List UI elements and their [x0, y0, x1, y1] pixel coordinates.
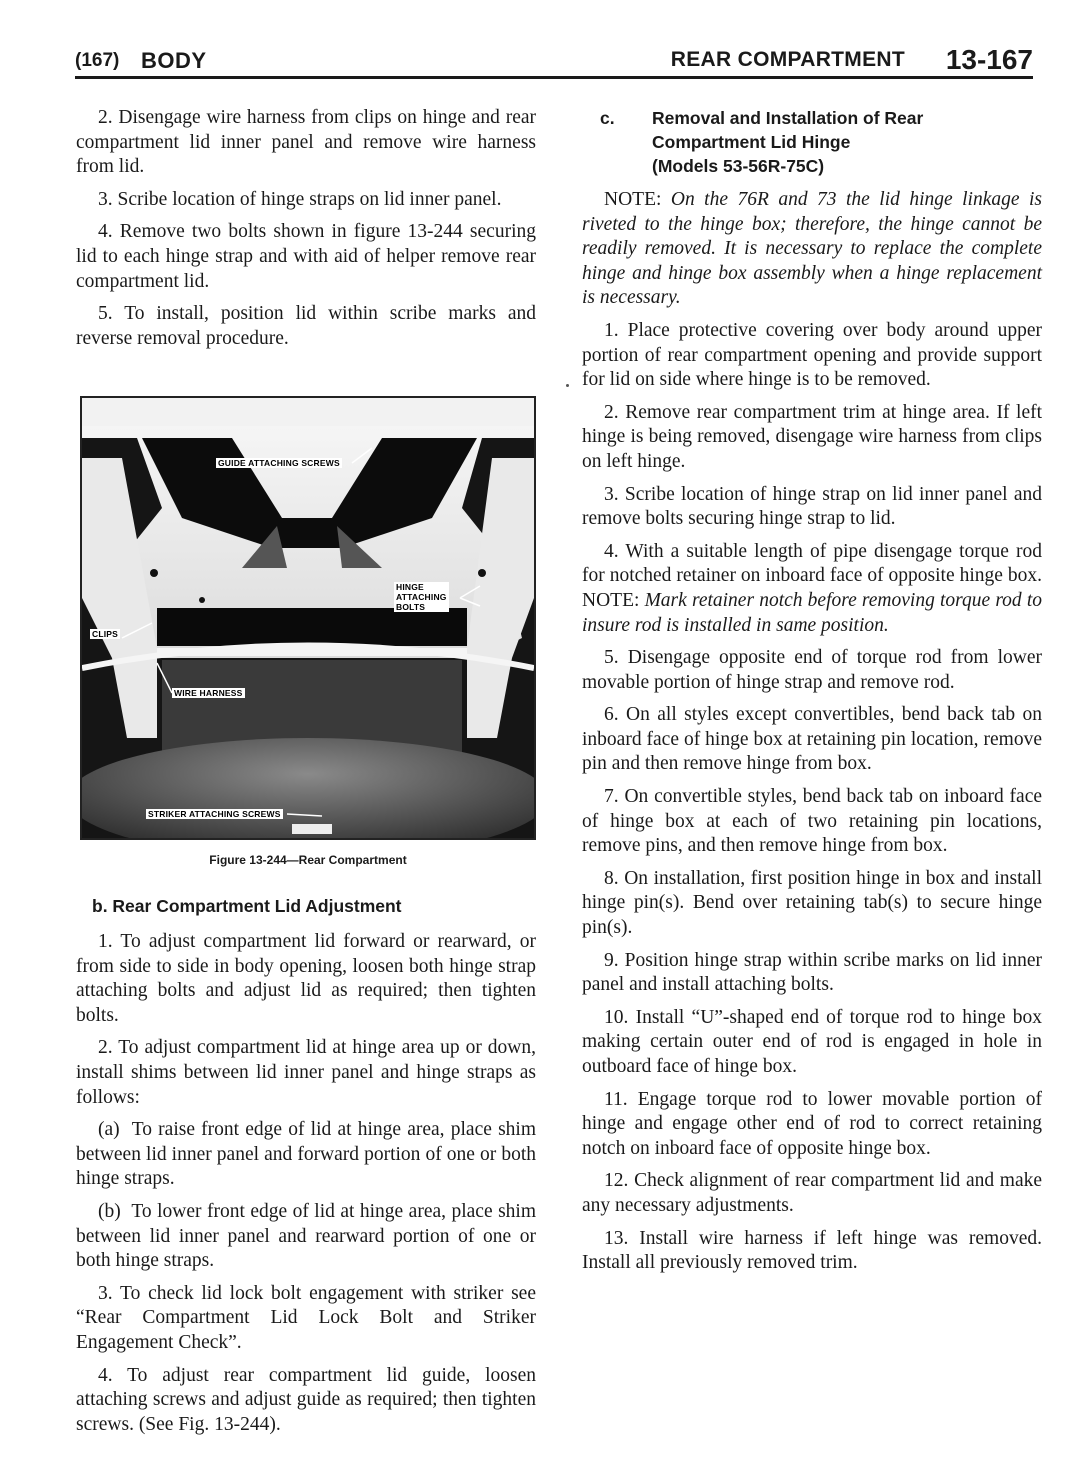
step-number: 8. — [604, 868, 619, 889]
label-clips: CLIPS — [90, 629, 120, 639]
step-paragraph: 3. To check lid lock bolt engagement wit… — [76, 1282, 536, 1356]
step-text: On all styles except convertibles, bend … — [582, 704, 1042, 774]
step-number: (b) — [98, 1201, 121, 1222]
step-paragraph: 1. Place protective covering over body a… — [582, 319, 1042, 393]
note-text: Mark retainer notch before removing torq… — [582, 590, 1042, 636]
step-paragraph: 13. Install wire harness if left hinge w… — [582, 1227, 1042, 1276]
label-wire-harness: WIRE HARNESS — [172, 688, 245, 698]
label-hinge-line1: HINGE — [396, 582, 424, 592]
note-label: NOTE: — [604, 189, 661, 210]
label-hinge-line3: BOLTS — [396, 602, 425, 612]
step-number: 12. — [604, 1170, 628, 1191]
section-c-heading-line2: Compartment Lid Hinge — [652, 132, 850, 152]
left-column-top: 2. Disengage wire harness from clips on … — [76, 106, 536, 359]
step-text: Engage torque rod to lower movable porti… — [582, 1089, 1042, 1159]
section-b-body: 1. To adjust compartment lid forward or … — [76, 930, 536, 1445]
rear-compartment-photo: GUIDE ATTACHING SCREWS HINGEATTACHINGBOL… — [80, 396, 536, 840]
section-c-heading-line1: Removal and Installation of Rear — [652, 108, 923, 128]
step-number: 3. — [604, 484, 619, 505]
step-paragraph: 4. With a suitable length of pipe diseng… — [582, 540, 1042, 638]
step-paragraph: 2. Remove rear compartment trim at hinge… — [582, 401, 1042, 475]
step-paragraph: 6. On all styles except convertibles, be… — [582, 703, 1042, 777]
step-number: 2. — [604, 402, 619, 423]
step-paragraph: 4. To adjust rear compartment lid guide,… — [76, 1364, 536, 1438]
step-text: Place protective covering over body arou… — [582, 320, 1042, 390]
step-paragraph: 8. On installation, first position hinge… — [582, 867, 1042, 941]
step-paragraph: 5. To install, position lid within scrib… — [76, 302, 536, 351]
page-number-right: 13-167 — [946, 44, 1033, 76]
step-text: To raise front edge of lid at hinge area… — [76, 1119, 536, 1189]
step-text: To adjust rear compartment lid guide, lo… — [76, 1365, 536, 1435]
section-title: REAR COMPARTMENT — [671, 48, 905, 72]
step-number: 9. — [604, 950, 619, 971]
step-text: Remove two bolts shown in figure 13-244 … — [76, 221, 536, 291]
step-text: To lower front edge of lid at hinge area… — [76, 1201, 536, 1271]
step-paragraph: 3. Scribe location of hinge strap on lid… — [582, 483, 1042, 532]
step-number: 2. — [98, 1037, 113, 1058]
step-number: 1. — [604, 320, 619, 341]
step-text: Remove rear compartment trim at hinge ar… — [582, 402, 1042, 472]
step-number: 13. — [604, 1228, 628, 1249]
step-number: 3. — [98, 1283, 113, 1304]
step-number: 4. — [604, 541, 619, 562]
step-number: 4. — [98, 1365, 113, 1386]
step-text: With a suitable length of pipe disengage… — [582, 541, 1042, 587]
step-paragraph: 7. On convertible styles, bend back tab … — [582, 785, 1042, 859]
step-text: Scribe location of hinge straps on lid i… — [118, 189, 502, 210]
label-striker-attaching-screws: STRIKER ATTACHING SCREWS — [146, 809, 283, 819]
step-text: Check alignment of rear compartment lid … — [582, 1170, 1042, 1216]
step-paragraph: 3. Scribe location of hinge straps on li… — [76, 188, 536, 213]
step-text: On installation, first position hinge in… — [582, 868, 1042, 938]
label-guide-attaching-screws: GUIDE ATTACHING SCREWS — [216, 458, 342, 468]
section-c-heading: c.Removal and Installation of Rear Compa… — [582, 106, 1042, 178]
step-text: Install “U”-shaped end of torque rod to … — [582, 1007, 1042, 1077]
step-number: 5. — [604, 647, 619, 668]
header-rule — [75, 76, 1033, 79]
step-number: 2. — [98, 107, 113, 128]
step-number: 11. — [604, 1089, 628, 1110]
substep-paragraph: (a) To raise front edge of lid at hinge … — [76, 1118, 536, 1192]
step-number: 3. — [98, 189, 113, 210]
step-text: Disengage opposite end of torque rod fro… — [582, 647, 1042, 693]
section-c-column: c.Removal and Installation of Rear Compa… — [582, 106, 1042, 1284]
section-c-letter: c. — [626, 106, 652, 130]
note-label: NOTE: — [582, 590, 639, 611]
step-paragraph: 5. Disengage opposite end of torque rod … — [582, 646, 1042, 695]
print-speck — [566, 384, 569, 387]
step-number: 1. — [98, 931, 113, 952]
step-number: 5. — [98, 303, 113, 324]
page-number-left: (167) — [75, 50, 119, 72]
step-text: To adjust compartment lid forward or rea… — [76, 931, 536, 1026]
label-hinge-attaching-bolts: HINGEATTACHINGBOLTS — [394, 582, 449, 612]
manual-page: (167) BODY REAR COMPARTMENT 13-167 2. Di… — [0, 0, 1080, 1468]
step-paragraph: 11. Engage torque rod to lower movable p… — [582, 1088, 1042, 1162]
step-text: Position hinge strap within scribe marks… — [582, 950, 1042, 996]
step-text: On convertible styles, bend back tab on … — [582, 786, 1042, 856]
step-text: Scribe location of hinge strap on lid in… — [582, 484, 1042, 530]
step-text: Install wire harness if left hinge was r… — [582, 1228, 1042, 1274]
step-number: (a) — [98, 1119, 120, 1140]
step-number: 6. — [604, 704, 619, 725]
figure-caption: Figure 13-244—Rear Compartment — [80, 853, 536, 867]
step-paragraph: 4. Remove two bolts shown in figure 13-2… — [76, 220, 536, 294]
section-b-heading: b. Rear Compartment Lid Adjustment — [92, 896, 402, 917]
step-text: To check lid lock bolt engagement with s… — [76, 1283, 536, 1353]
note-paragraph: NOTE: On the 76R and 73 the lid hinge li… — [582, 188, 1042, 311]
step-text: To install, position lid within scribe m… — [76, 303, 536, 349]
step-paragraph: 2. To adjust compartment lid at hinge ar… — [76, 1036, 536, 1110]
section-c-heading-line3: (Models 53-56R-75C) — [652, 156, 824, 176]
substep-paragraph: (b) To lower front edge of lid at hinge … — [76, 1200, 536, 1274]
step-paragraph: 2. Disengage wire harness from clips on … — [76, 106, 536, 180]
step-number: 4. — [98, 221, 113, 242]
step-number: 10. — [604, 1007, 628, 1028]
step-paragraph: 10. Install “U”-shaped end of torque rod… — [582, 1006, 1042, 1080]
step-text: Disengage wire harness from clips on hin… — [76, 107, 536, 177]
step-text: To adjust compartment lid at hinge area … — [76, 1037, 536, 1107]
step-paragraph: 12. Check alignment of rear compartment … — [582, 1169, 1042, 1218]
step-paragraph: 9. Position hinge strap within scribe ma… — [582, 949, 1042, 998]
step-paragraph: 1. To adjust compartment lid forward or … — [76, 930, 536, 1028]
chapter-title: BODY — [141, 48, 207, 74]
label-hinge-line2: ATTACHING — [396, 592, 447, 602]
page-header: (167) BODY REAR COMPARTMENT 13-167 — [75, 46, 1035, 76]
step-number: 7. — [604, 786, 619, 807]
